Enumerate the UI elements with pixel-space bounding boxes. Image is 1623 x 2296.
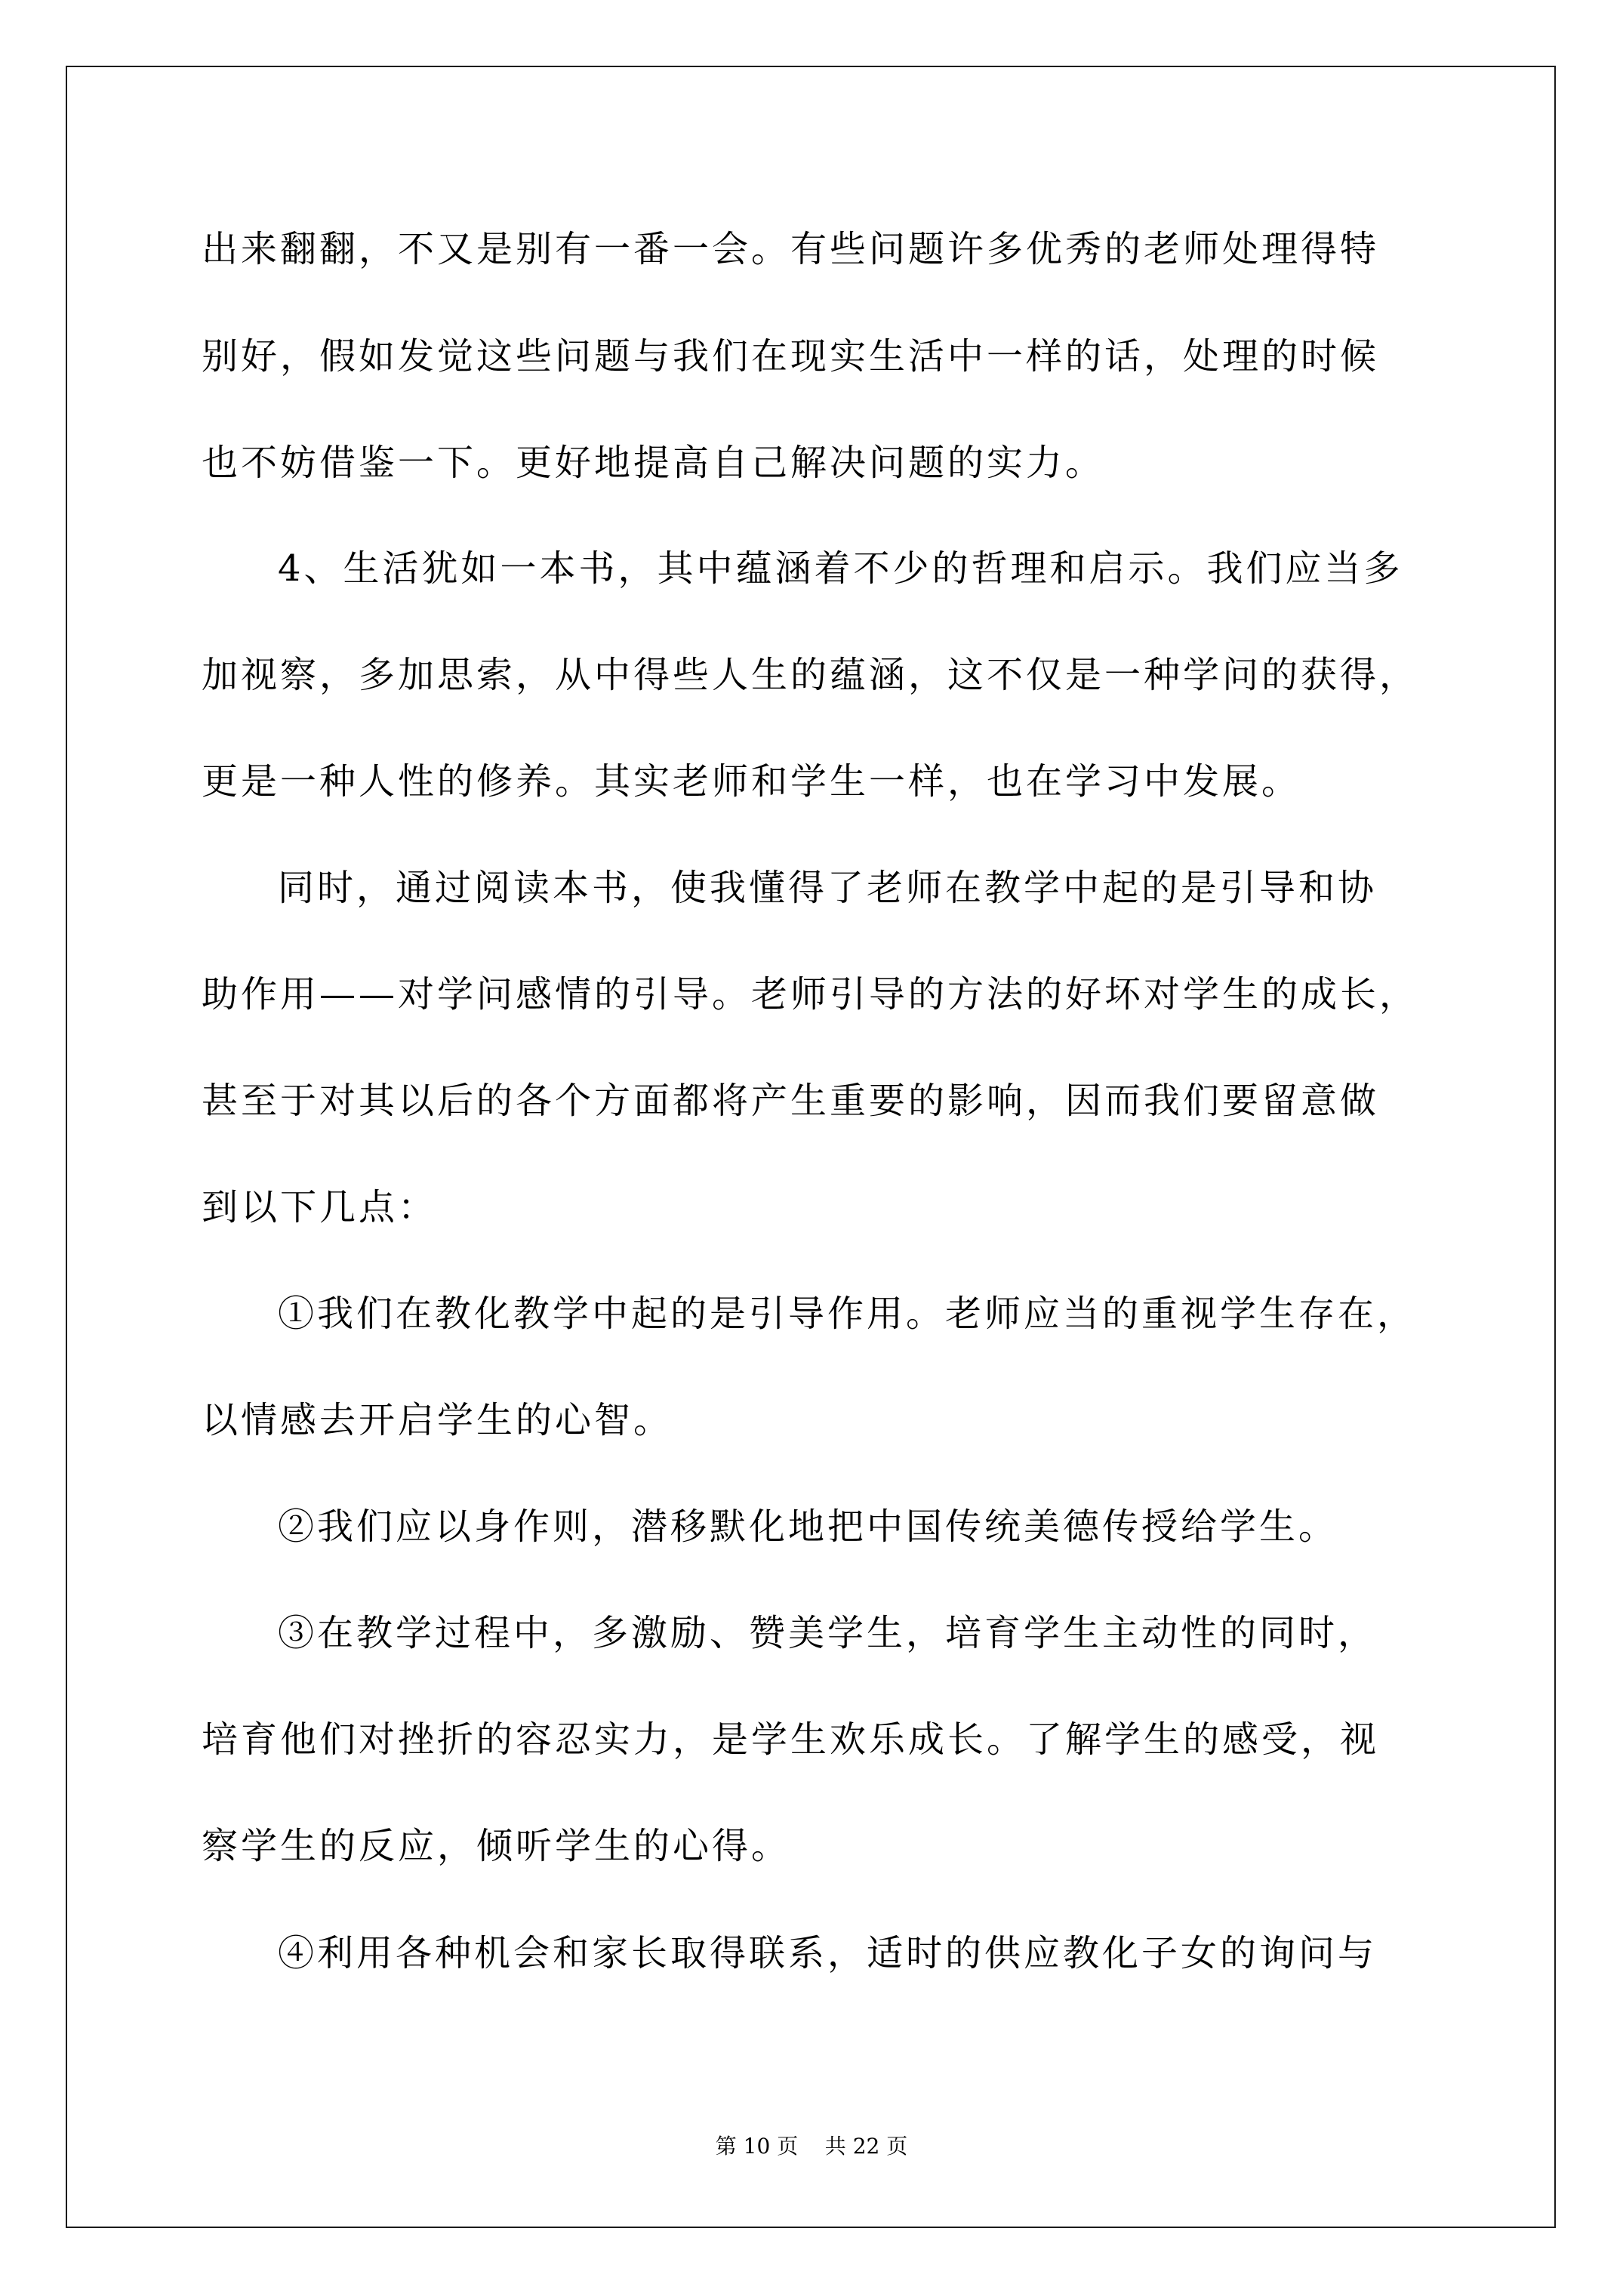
paragraph-4-start: 4、生活犹如一本书，其中蕴涵着不少的哲理和启示。我们应当多: [278, 546, 1403, 591]
text-line-3: 也不妨借鉴一下。更好地提高自己解决问题的实力。: [202, 440, 1104, 485]
list-item-1-start: ①我们在教化教学中起的是引导作用。老师应当的重视学生存在，: [278, 1291, 1416, 1336]
page-number-footer: 第 10 页 共 22 页: [0, 2134, 1623, 2159]
text-line-1: 出来翻翻，不又是别有一番一会。有些问题许多优秀的老师处理得特: [202, 227, 1379, 272]
text-line-8: 助作用——对学问感情的引导。老师引导的方法的好坏对学生的成长，: [202, 972, 1418, 1017]
list-item-3-start: ③在教学过程中，多激励、赞美学生，培育学生主动性的同时，: [278, 1610, 1377, 1656]
text-line-16: 察学生的反应，倾听学生的心得。: [202, 1823, 790, 1869]
text-line-12: 以情感去开启学生的心智。: [202, 1398, 673, 1443]
text-line-6: 更是一种人性的修养。其实老师和学生一样，也在学习中发展。: [202, 759, 1301, 804]
text-line-2: 别好，假如发觉这些问题与我们在现实生活中一样的话，处理的时候: [202, 334, 1379, 379]
text-line-9: 甚至于对其以后的各个方面都将产生重要的影响，因而我们要留意做: [202, 1078, 1379, 1123]
text-line-5: 加视察，多加思索，从中得些人生的蕴涵，这不仅是一种学问的获得，: [202, 652, 1418, 698]
list-item-2: ②我们应以身作则，潜移默化地把中国传统美德传授给学生。: [278, 1504, 1338, 1549]
text-line-15: 培育他们对挫折的容忍实力，是学生欢乐成长。了解学生的感受，视: [202, 1717, 1379, 1762]
list-item-4-start: ④利用各种机会和家长取得联系，适时的供应教化子女的询问与: [278, 1931, 1377, 1976]
paragraph-tongshi-start: 同时，通过阅读本书，使我懂得了老师在教学中起的是引导和协: [278, 865, 1377, 911]
text-line-10: 到以下几点：: [202, 1185, 437, 1230]
page-border: [66, 66, 1556, 2228]
